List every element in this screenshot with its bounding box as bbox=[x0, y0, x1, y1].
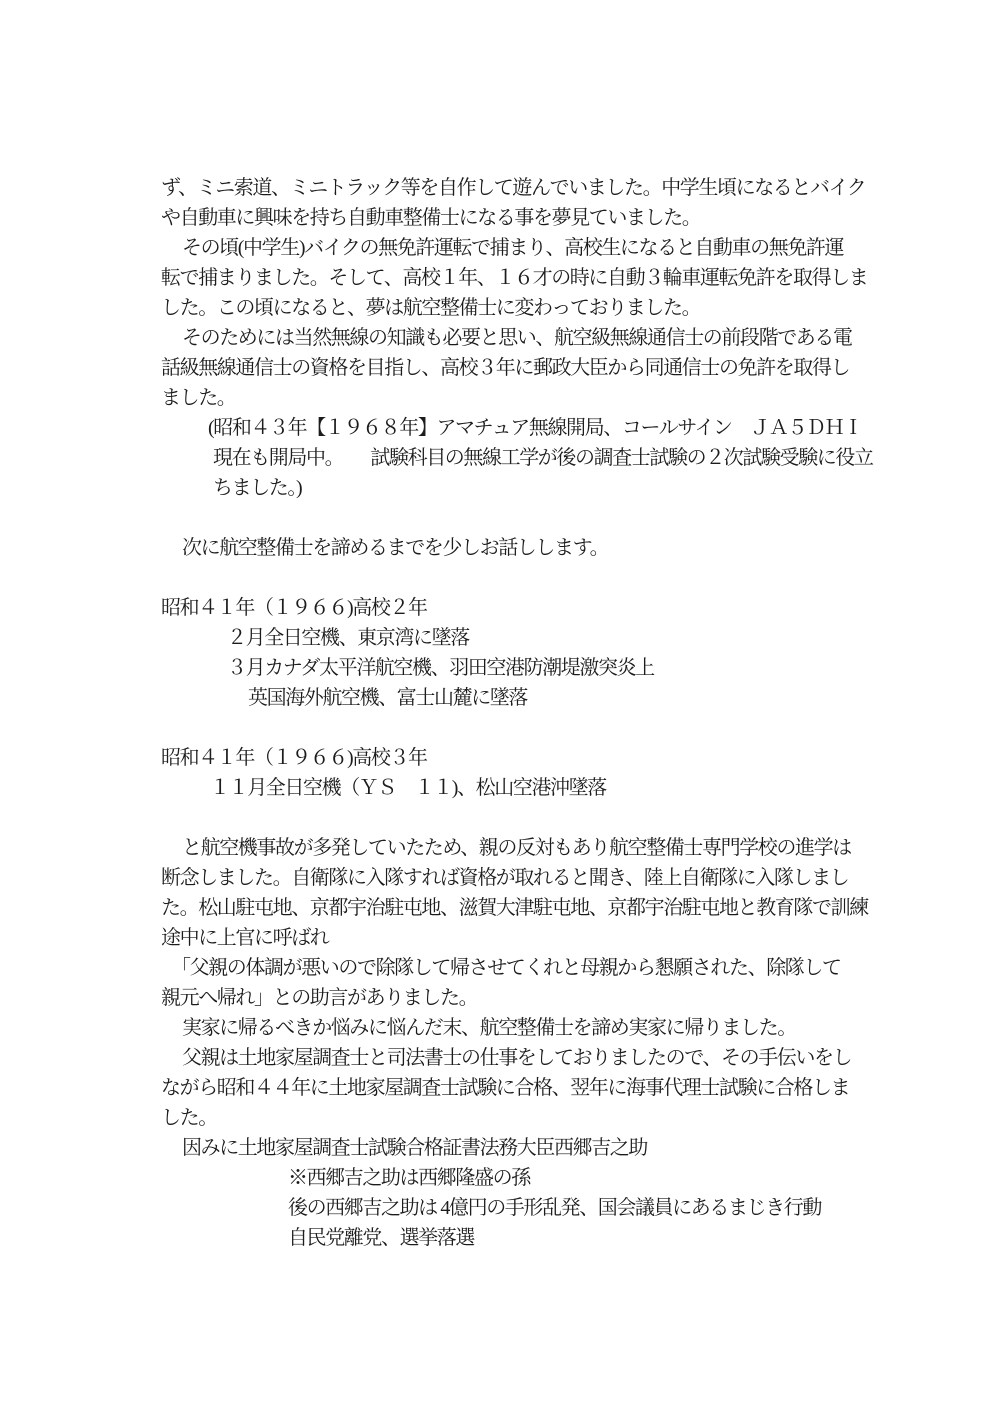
blank-line bbox=[161, 563, 921, 593]
text-line: や自動車に興味を持ち自動車整備士になる事を夢見ていました。 bbox=[161, 203, 921, 233]
text-line: 後の西郷吉之助は 4億円の手形乱発、国会議員にあるまじき行動 bbox=[161, 1193, 921, 1223]
text-line: ちました。) bbox=[161, 473, 921, 503]
text-line: １１月全日空機（ＹＳ １１)、松山空港沖墜落 bbox=[161, 773, 921, 803]
text-line: 英国海外航空機、富士山麓に墜落 bbox=[161, 683, 921, 713]
text-line: 昭和４１年（１９６６)高校２年 bbox=[161, 593, 921, 623]
blank-line bbox=[161, 503, 921, 533]
blank-line bbox=[161, 803, 921, 833]
text-line: (昭和４３年【１９６８年】アマチュア無線開局、コールサイン ＪＡ５ＤＨＩ bbox=[161, 413, 921, 443]
text-line: ず、ミニ索道、ミニトラック等を自作して遊んでいました。中学生頃になるとバイク bbox=[161, 173, 921, 203]
text-line: 実家に帰るべきか悩みに悩んだ末、航空整備士を諦め実家に帰りました。 bbox=[161, 1013, 921, 1043]
text-line: 「父親の体調が悪いので除隊して帰させてくれと母親から懇願された、除隊して bbox=[161, 953, 921, 983]
text-line: た。松山駐屯地、京都宇治駐屯地、滋賀大津駐屯地、京都宇治駐屯地と教育隊で訓練 bbox=[161, 893, 921, 923]
document-body: ず、ミニ索道、ミニトラック等を自作して遊んでいました。中学生頃になるとバイクや自… bbox=[161, 173, 921, 1253]
text-line: ※西郷吉之助は西郷隆盛の孫 bbox=[161, 1163, 921, 1193]
text-line: 昭和４１年（１９６６)高校３年 bbox=[161, 743, 921, 773]
text-line: 父親は土地家屋調査士と司法書士の仕事をしておりましたので、その手伝いをし bbox=[161, 1043, 921, 1073]
text-line: ながら昭和４４年に土地家屋調査士試験に合格、翌年に海事代理士試験に合格しま bbox=[161, 1073, 921, 1103]
text-line: 次に航空整備士を諦めるまでを少しお話しします。 bbox=[161, 533, 921, 563]
text-line: 転で捕まりました。そして、高校１年、１６才の時に自動３輪車運転免許を取得しま bbox=[161, 263, 921, 293]
text-line: 親元へ帰れ」との助言がありました。 bbox=[161, 983, 921, 1013]
text-line: 現在も開局中。 試験科目の無線工学が後の調査士試験の２次試験受験に役立 bbox=[161, 443, 921, 473]
text-line: 断念しました。自衛隊に入隊すれば資格が取れると聞き、陸上自衛隊に入隊しまし bbox=[161, 863, 921, 893]
text-line: 途中に上官に呼ばれ bbox=[161, 923, 921, 953]
blank-line bbox=[161, 713, 921, 743]
text-line: その頃(中学生)バイクの無免許運転で捕まり、高校生になると自動車の無免許運 bbox=[161, 233, 921, 263]
text-line: と航空機事故が多発していたため、親の反対もあり航空整備士専門学校の進学は bbox=[161, 833, 921, 863]
text-line: 因みに土地家屋調査士試験合格証書法務大臣西郷吉之助 bbox=[161, 1133, 921, 1163]
text-line: した。この頃になると、夢は航空整備士に変わっておりました。 bbox=[161, 293, 921, 323]
text-line: ３月カナダ太平洋航空機、羽田空港防潮堤激突炎上 bbox=[161, 653, 921, 683]
text-line: 話級無線通信士の資格を目指し、高校３年に郵政大臣から同通信士の免許を取得し bbox=[161, 353, 921, 383]
text-line: そのためには当然無線の知識も必要と思い、航空級無線通信士の前段階である電 bbox=[161, 323, 921, 353]
document-page: ず、ミニ索道、ミニトラック等を自作して遊んでいました。中学生頃になるとバイクや自… bbox=[0, 0, 1000, 1414]
text-line: ２月全日空機、東京湾に墜落 bbox=[161, 623, 921, 653]
text-line: ました。 bbox=[161, 383, 921, 413]
text-line: した。 bbox=[161, 1103, 921, 1133]
text-line: 自民党離党、選挙落選 bbox=[161, 1223, 921, 1253]
